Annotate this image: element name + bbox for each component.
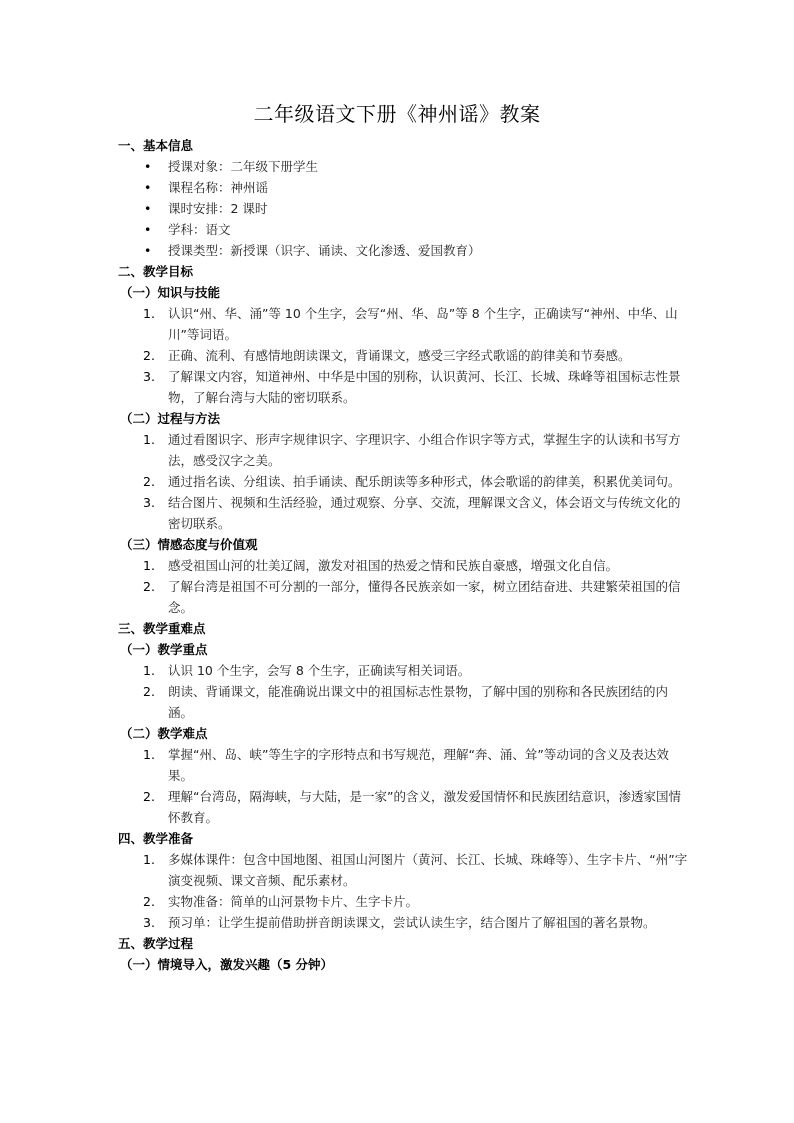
bullet-icon: •	[144, 240, 151, 261]
section-heading: 四、教学准备	[118, 828, 688, 849]
document-body: 一、基本信息 •授课对象：二年级下册学生 •课程名称：神州谣 •课时安排：2 课…	[118, 135, 688, 975]
section-heading: 三、教学重难点	[118, 618, 688, 639]
numbered-list: 1.通过看图识字、形声字规律识字、字理识字、小组合作识字等方式，掌握生字的认读和…	[118, 429, 688, 534]
bullet-icon: •	[144, 219, 151, 240]
list-item: 3.预习单：让学生提前借助拼音朗读课文，尝试认读生字，结合图片了解祖国的著名景物…	[118, 912, 688, 933]
subsection-heading: （二）过程与方法	[120, 408, 688, 429]
list-item: •课程名称：神州谣	[118, 177, 688, 198]
numbered-list: 1.多媒体课件：包含中国地图、祖国山河图片（黄河、长江、长城、珠峰等）、生字卡片…	[118, 849, 688, 933]
section-heading: 五、教学过程	[118, 933, 688, 954]
list-item: 1.通过看图识字、形声字规律识字、字理识字、小组合作识字等方式，掌握生字的认读和…	[118, 429, 688, 471]
basic-info-list: •授课对象：二年级下册学生 •课程名称：神州谣 •课时安排：2 课时 •学科：语…	[118, 156, 688, 261]
list-item: 2.理解“台湾岛，隔海峡，与大陆，是一家”的含义，激发爱国情怀和民族团结意识，渗…	[118, 786, 688, 828]
bullet-icon: •	[144, 198, 151, 219]
list-item: 2.正确、流利、有感情地朗读课文，背诵课文，感受三字经式歌谣的韵律美和节奏感。	[118, 345, 688, 366]
subsection-heading: （二）教学难点	[120, 723, 688, 744]
subsection-heading: （一）知识与技能	[120, 282, 688, 303]
section-heading: 一、基本信息	[118, 135, 688, 156]
list-item: 2.了解台湾是祖国不可分割的一部分，懂得各民族亲如一家，树立团结奋进、共建繁荣祖…	[118, 576, 688, 618]
list-item: 1.掌握“州、岛、峡”等生字的字形特点和书写规范，理解“奔、涌、耸”等动词的含义…	[118, 744, 688, 786]
list-item: •授课类型：新授课（识字、诵读、文化渗透、爱国教育）	[118, 240, 688, 261]
list-item: •授课对象：二年级下册学生	[118, 156, 688, 177]
list-item: 1.感受祖国山河的壮美辽阔，激发对祖国的热爱之情和民族自豪感，增强文化自信。	[118, 555, 688, 576]
bullet-icon: •	[144, 156, 151, 177]
subsection-heading: （三）情感态度与价值观	[120, 534, 688, 555]
list-item: •课时安排：2 课时	[118, 198, 688, 219]
section-heading: 二、教学目标	[118, 261, 688, 282]
list-item: 3.结合图片、视频和生活经验，通过观察、分享、交流，理解课文含义，体会语文与传统…	[118, 492, 688, 534]
document-title: 二年级语文下册《神州谣》教案	[0, 100, 794, 128]
list-item: •学科：语文	[118, 219, 688, 240]
numbered-list: 1.掌握“州、岛、峡”等生字的字形特点和书写规范，理解“奔、涌、耸”等动词的含义…	[118, 744, 688, 828]
subsection-heading: （一）教学重点	[120, 639, 688, 660]
subsection-heading: （一）情境导入，激发兴趣（5 分钟）	[120, 954, 688, 975]
list-item: 3.了解课文内容，知道神州、中华是中国的别称，认识黄河、长江、长城、珠峰等祖国标…	[118, 366, 688, 408]
numbered-list: 1.感受祖国山河的壮美辽阔，激发对祖国的热爱之情和民族自豪感，增强文化自信。 2…	[118, 555, 688, 618]
list-item: 1.认识 10 个生字，会写 8 个生字，正确读写相关词语。	[118, 660, 688, 681]
numbered-list: 1.认识 10 个生字，会写 8 个生字，正确读写相关词语。 2.朗读、背诵课文…	[118, 660, 688, 723]
document-page: 二年级语文下册《神州谣》教案 一、基本信息 •授课对象：二年级下册学生 •课程名…	[0, 0, 794, 1123]
list-item: 1.多媒体课件：包含中国地图、祖国山河图片（黄河、长江、长城、珠峰等）、生字卡片…	[118, 849, 688, 891]
numbered-list: 1.认识“州、华、涌”等 10 个生字，会写“州、华、岛”等 8 个生字，正确读…	[118, 303, 688, 408]
bullet-icon: •	[144, 177, 151, 198]
list-item: 1.认识“州、华、涌”等 10 个生字，会写“州、华、岛”等 8 个生字，正确读…	[118, 303, 688, 345]
list-item: 2.朗读、背诵课文，能准确说出课文中的祖国标志性景物，了解中国的别称和各民族团结…	[118, 681, 688, 723]
list-item: 2.实物准备：简单的山河景物卡片、生字卡片。	[118, 891, 688, 912]
list-item: 2.通过指名读、分组读、拍手诵读、配乐朗读等多种形式，体会歌谣的韵律美，积累优美…	[118, 471, 688, 492]
